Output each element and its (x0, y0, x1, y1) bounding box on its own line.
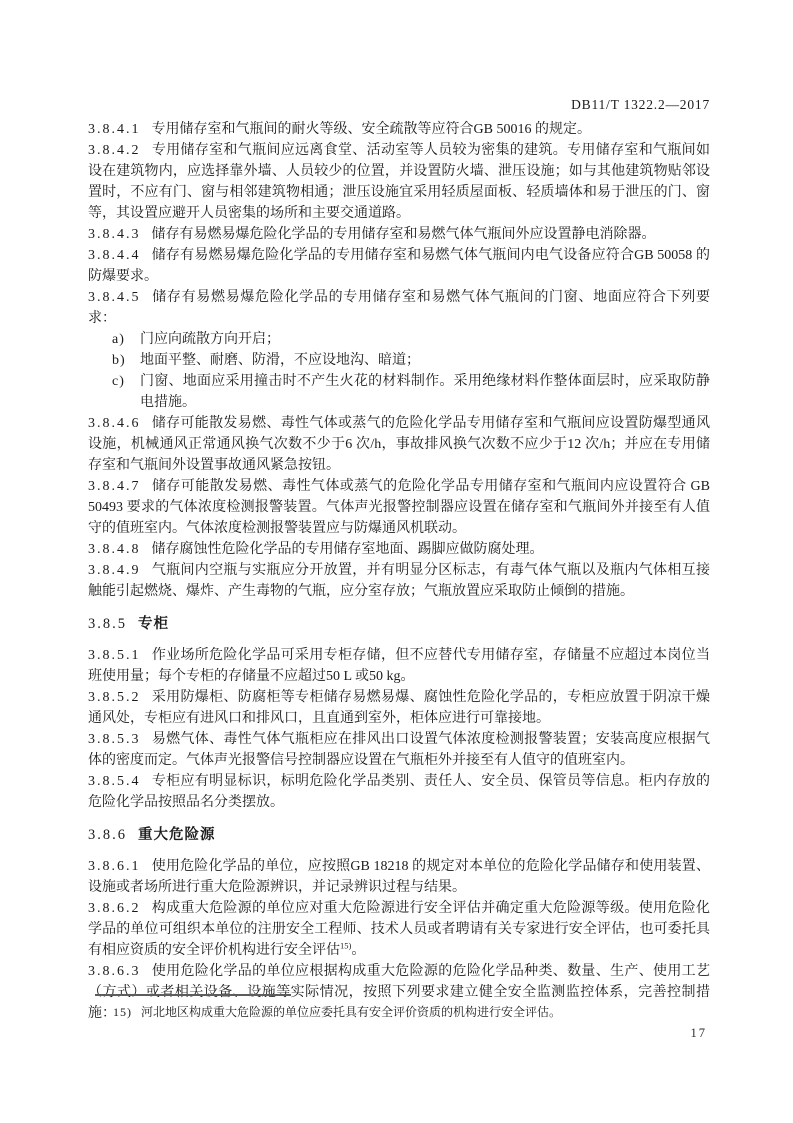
clause-text: 储存腐蚀性危险化学品的专用储存室地面、踢脚应做防腐处理。 (152, 542, 544, 557)
list-item-a: a) 门应向疏散方向开启； (88, 329, 710, 350)
clause-text: 储存有易燃易爆危险化学品的专用储存室和易燃气体气瓶间内电气设备应符合GB 500… (88, 248, 710, 284)
clause-3-8-5-4: 3.8.5.4专柜应有明显标识，标明危险化学品类别、责任人、安全员、保管员等信息… (88, 771, 710, 813)
footnote: 15) 河北地区构成重大危险源的单位应委托具有安全评价资质的机构进行安全评估。 (113, 1004, 710, 1020)
footnote-block: 15) 河北地区构成重大危险源的单位应委托具有安全评价资质的机构进行安全评估。 (95, 994, 710, 1020)
page-number: 17 (691, 1026, 708, 1041)
footnote-marker: 15) (113, 1004, 132, 1020)
list-item-c: c) 门窗、地面应采用撞击时不产生火花的材料制作。采用绝缘材料作整体面层时，应采… (88, 371, 710, 413)
footnote-text: 河北地区构成重大危险源的单位应委托具有安全评价资质的机构进行安全评估。 (141, 1004, 710, 1020)
clause-3-8-4-1: 3.8.4.1专用储存室和气瓶间的耐火等级、安全疏散等应符合GB 50016 的… (88, 119, 710, 140)
clause-text: 使用危险化学品的单位，应按照GB 18218 的规定对本单位的危险化学品储存和使… (88, 859, 710, 895)
section-number: 3.8.5 (88, 616, 127, 632)
clause-3-8-4-9: 3.8.4.9气瓶间内空瓶与实瓶应分开放置，并有明显分区标志，有毒气体气瓶以及瓶… (88, 560, 710, 602)
clause-number: 3.8.4.4 (88, 248, 141, 263)
list-item-text: 地面平整、耐磨、防滑，不应设地沟、暗道； (140, 350, 710, 371)
clause-text: 储存可能散发易燃、毒性气体或蒸气的危险化学品专用储存室和气瓶间内应设置符合 GB… (88, 479, 710, 536)
clause-text: 作业场所危险化学品可采用专柜存储，但不应替代专用储存室，存储量不应超过本岗位当班… (88, 648, 710, 684)
clause-3-8-4-3: 3.8.4.3储存有易燃易爆危险化学品的专用储存室和易燃气体气瓶间外应设置静电消… (88, 224, 710, 245)
list-item-marker: a) (112, 329, 140, 350)
clause-number: 3.8.6.3 (88, 964, 141, 979)
clause-3-8-4-5: 3.8.4.5储存有易燃易爆危险化学品的专用储存室和易燃气体气瓶间的门窗、地面应… (88, 287, 710, 329)
section-heading-3-8-6: 3.8.6重大危险源 (88, 825, 710, 846)
clause-number: 3.8.5.4 (88, 774, 141, 789)
section-title: 重大危险源 (138, 827, 216, 843)
section-number: 3.8.6 (88, 827, 127, 843)
clause-number: 3.8.4.9 (88, 563, 141, 578)
clause-3-8-4-6: 3.8.4.6储存可能散发易燃、毒性气体或蒸气的危险化学品专用储存室和气瓶间应设… (88, 413, 710, 476)
clause-text: 储存可能散发易燃、毒性气体或蒸气的危险化学品专用储存室和气瓶间应设置防爆型通风设… (88, 416, 710, 473)
section-heading-3-8-5: 3.8.5专柜 (88, 614, 710, 635)
clause-number: 3.8.4.7 (88, 479, 141, 494)
list-item-marker: b) (112, 350, 140, 371)
document-body: 3.8.4.1专用储存室和气瓶间的耐火等级、安全疏散等应符合GB 50016 的… (88, 119, 710, 1024)
clause-3-8-5-1: 3.8.5.1作业场所危险化学品可采用专柜存储，但不应替代专用储存室，存储量不应… (88, 645, 710, 687)
clause-number: 3.8.6.1 (88, 859, 141, 874)
footnote-divider (95, 994, 291, 996)
standard-reference: DB11/T 1322.2—2017 (571, 97, 710, 112)
list-item-text: 门应向疏散方向开启； (140, 329, 710, 350)
clause-number: 3.8.4.1 (88, 122, 141, 137)
clause-3-8-4-2: 3.8.4.2专用储存室和气瓶间应远离食堂、活动室等人员较为密集的建筑。专用储存… (88, 140, 710, 224)
clause-number: 3.8.5.3 (88, 732, 141, 747)
clause-number: 3.8.5.1 (88, 648, 141, 663)
clause-text: 气瓶间内空瓶与实瓶应分开放置，并有明显分区标志，有毒气体气瓶以及瓶内气体相互接触… (88, 563, 710, 599)
list-item-text: 门窗、地面应采用撞击时不产生火花的材料制作。采用绝缘材料作整体面层时，应采取防静… (140, 371, 710, 413)
clause-number: 3.8.4.8 (88, 542, 141, 557)
clause-3-8-5-3: 3.8.5.3易燃气体、毒性气体气瓶柜应在排风出口设置气体浓度检测报警装置；安装… (88, 729, 710, 771)
clause-text: 储存有易燃易爆危险化学品的专用储存室和易燃气体气瓶间外应设置静电消除器。 (152, 227, 656, 242)
clause-3-8-5-2: 3.8.5.2采用防爆柜、防腐柜等专柜储存易燃易爆、腐蚀性危险化学品的，专柜应放… (88, 687, 710, 729)
clause-text: 专用储存室和气瓶间的耐火等级、安全疏散等应符合GB 50016 的规定。 (152, 122, 591, 137)
clause-3-8-4-7: 3.8.4.7储存可能散发易燃、毒性气体或蒸气的危险化学品专用储存室和气瓶间内应… (88, 476, 710, 539)
clause-3-8-4-5-list: a) 门应向疏散方向开启； b) 地面平整、耐磨、防滑，不应设地沟、暗道； c)… (88, 329, 710, 413)
clause-number: 3.8.5.2 (88, 690, 141, 705)
clause-3-8-4-4: 3.8.4.4储存有易燃易爆危险化学品的专用储存室和易燃气体气瓶间内电气设备应符… (88, 245, 710, 287)
list-item-marker: c) (112, 371, 140, 413)
clause-text: 构成重大危险源的单位应对重大危险源进行安全评估并确定重大危险源等级。使用危险化学… (88, 901, 710, 958)
clause-number: 3.8.6.2 (88, 901, 141, 916)
clause-text: 易燃气体、毒性气体气瓶柜应在排风出口设置气体浓度检测报警装置；安装高度应根据气体… (88, 732, 710, 768)
clause-3-8-6-2: 3.8.6.2构成重大危险源的单位应对重大危险源进行安全评估并确定重大危险源等级… (88, 898, 710, 961)
clause-3-8-6-1: 3.8.6.1使用危险化学品的单位，应按照GB 18218 的规定对本单位的危险… (88, 856, 710, 898)
clause-text: 专用储存室和气瓶间应远离食堂、活动室等人员较为密集的建筑。专用储存室和气瓶间如设… (88, 143, 710, 221)
clause-text: 采用防爆柜、防腐柜等专柜储存易燃易爆、腐蚀性危险化学品的，专柜应放置于阴凉干燥通… (88, 690, 710, 726)
document-page: DB11/T 1322.2—2017 3.8.4.1专用储存室和气瓶间的耐火等级… (0, 0, 793, 1123)
section-title: 专柜 (138, 616, 169, 632)
clause-number: 3.8.4.3 (88, 227, 141, 242)
clause-3-8-4-8: 3.8.4.8储存腐蚀性危险化学品的专用储存室地面、踢脚应做防腐处理。 (88, 539, 710, 560)
page-header: DB11/T 1322.2—2017 (0, 97, 710, 113)
clause-number: 3.8.4.2 (88, 143, 141, 158)
clause-number: 3.8.4.5 (88, 290, 141, 305)
clause-text: 专柜应有明显标识，标明危险化学品类别、责任人、安全员、保管员等信息。柜内存放的危… (88, 774, 710, 810)
clause-text-end: 。 (351, 943, 365, 958)
list-item-b: b) 地面平整、耐磨、防滑，不应设地沟、暗道； (88, 350, 710, 371)
clause-text: 储存有易燃易爆危险化学品的专用储存室和易燃气体气瓶间的门窗、地面应符合下列要求： (88, 290, 710, 326)
clause-number: 3.8.4.6 (88, 416, 141, 431)
footnote-reference: 15) (340, 940, 351, 950)
